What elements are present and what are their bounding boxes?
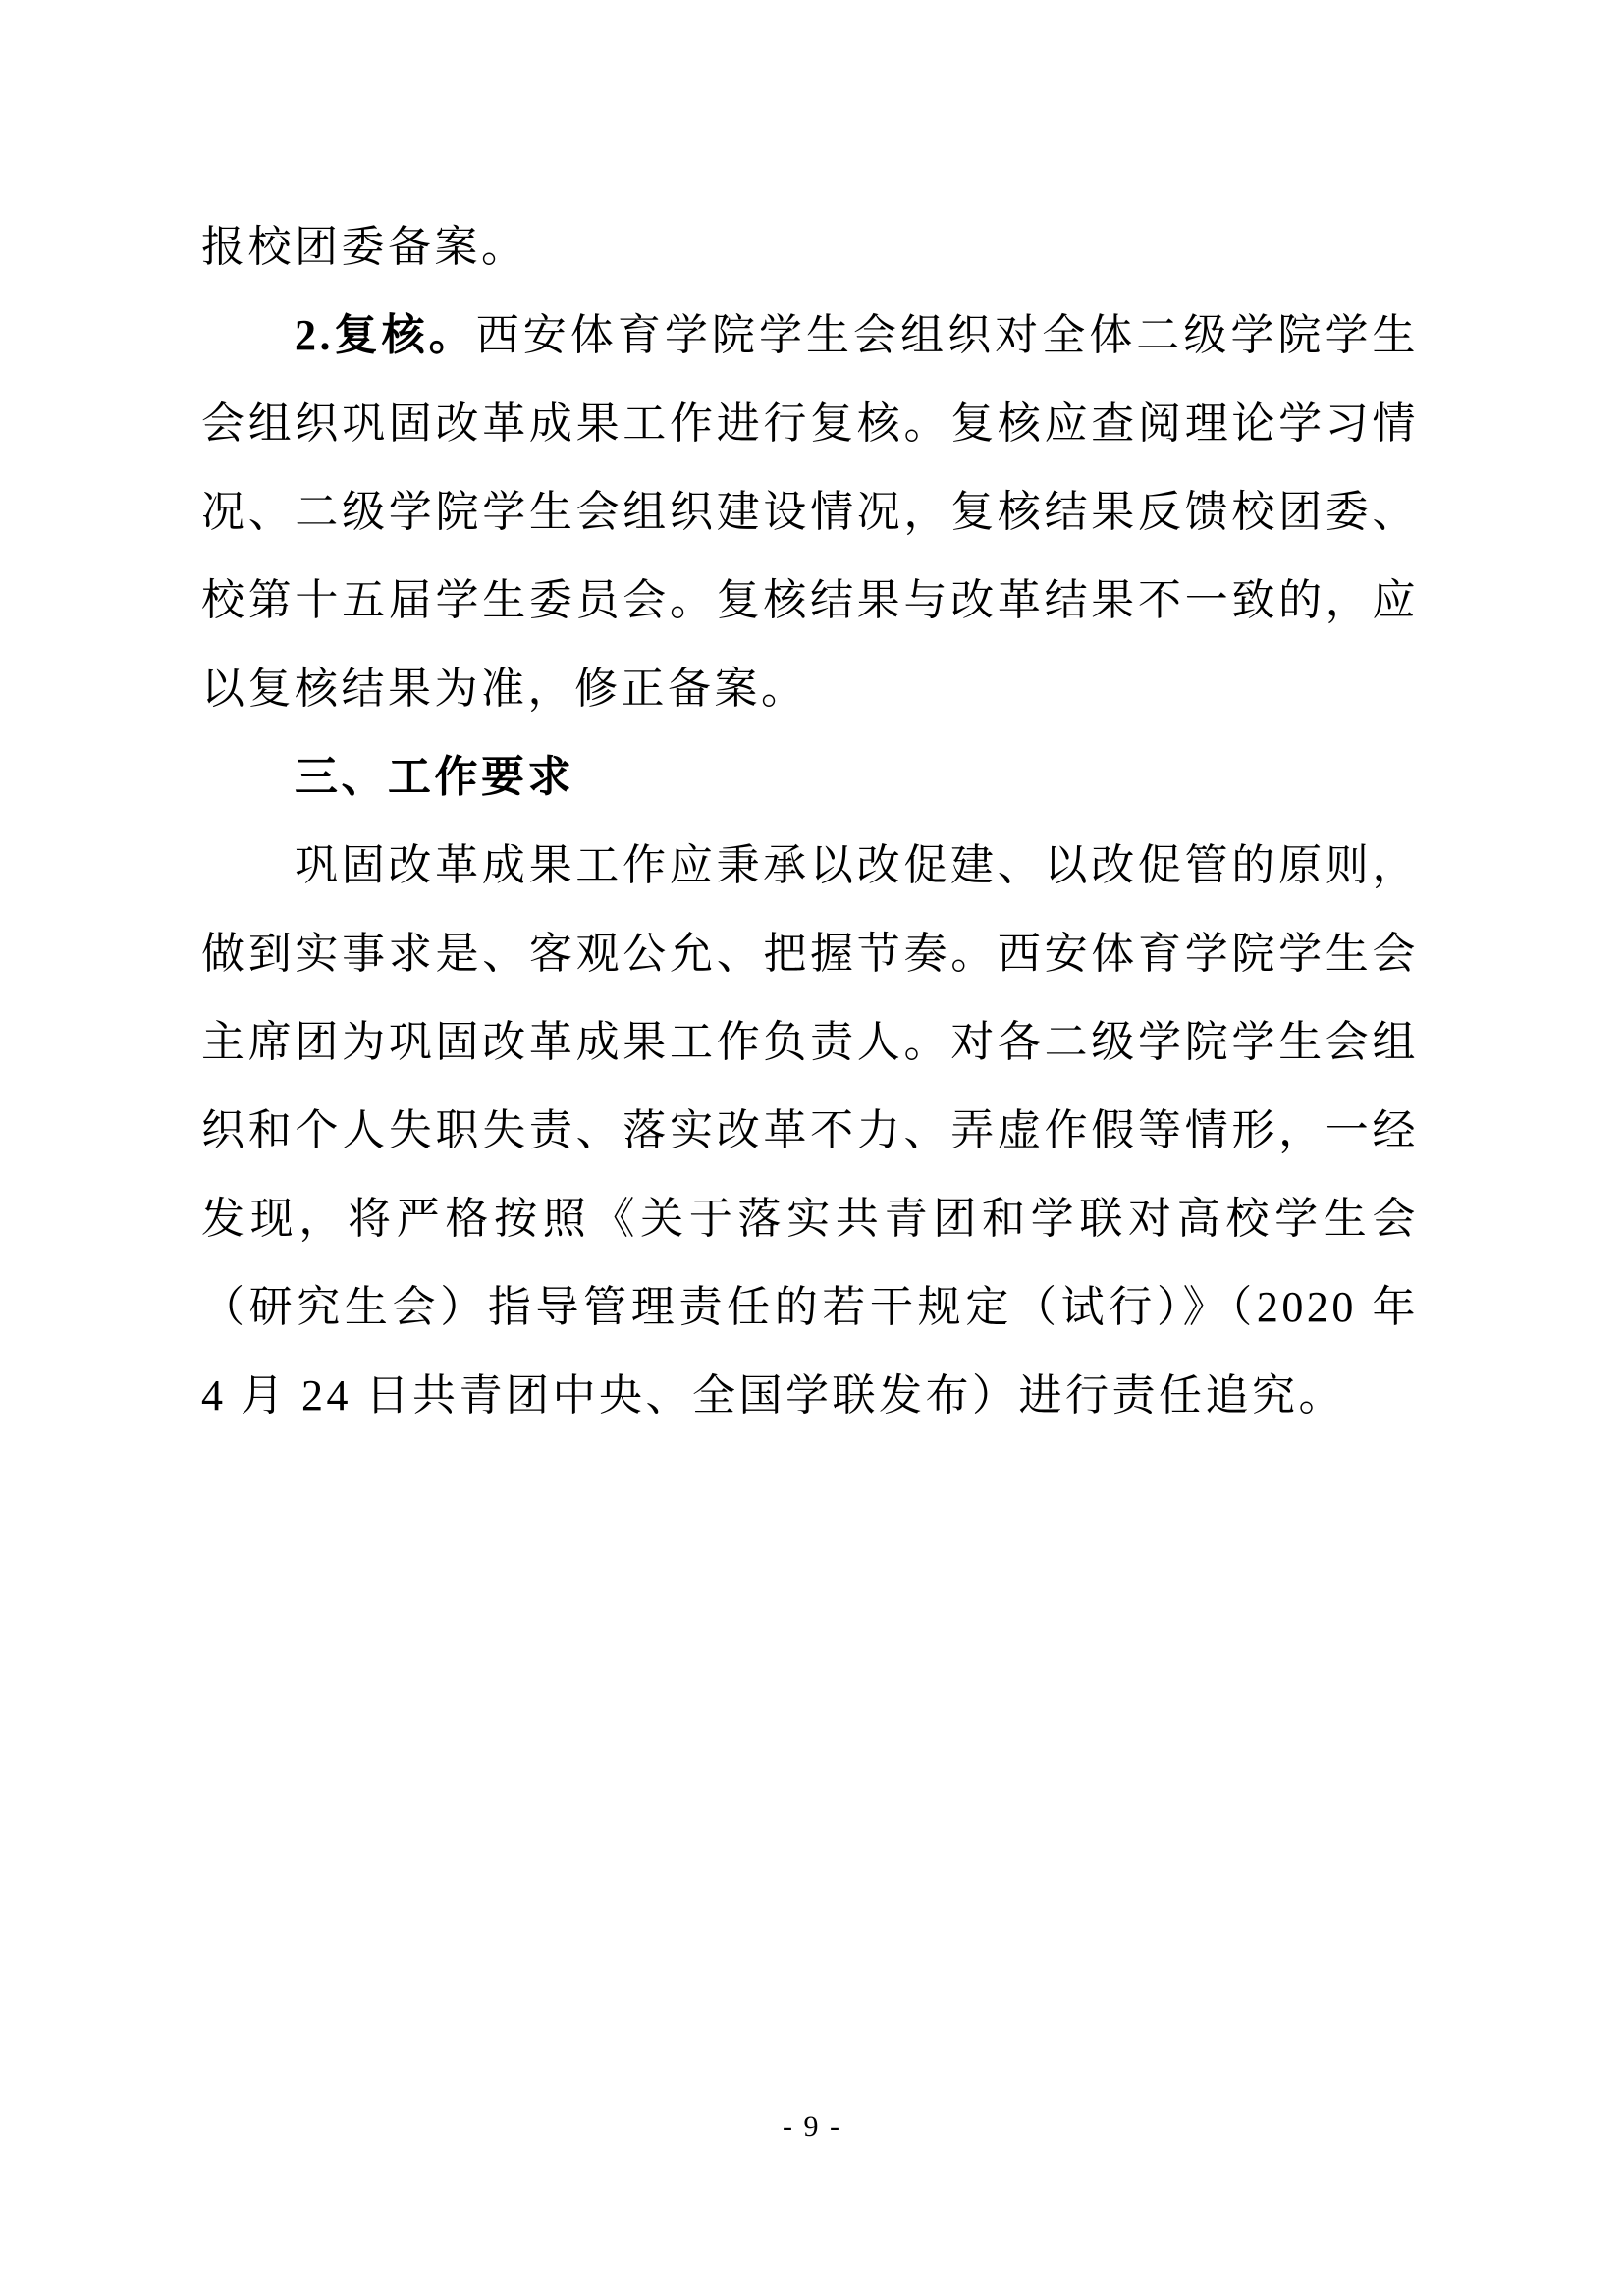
section-heading: 三、工作要求 — [201, 733, 1419, 822]
document-page: 报校团委备案。2.复核。西安体育学院学生会组织对全体二级学院学生会组织巩固改革成… — [0, 0, 1624, 2296]
paragraph-lead-bold: 2.复核。 — [295, 311, 476, 359]
page-number-footer: - 9 - — [0, 2110, 1624, 2144]
body-paragraph: 报校团委备案。 — [201, 203, 1419, 292]
body-paragraph: 巩固改革成果工作应秉承以改促建、以改促管的原则，做到实事求是、客观公允、把握节奏… — [201, 822, 1419, 1440]
document-body: 报校团委备案。2.复核。西安体育学院学生会组织对全体二级学院学生会组织巩固改革成… — [201, 203, 1419, 1440]
body-paragraph: 2.复核。西安体育学院学生会组织对全体二级学院学生会组织巩固改革成果工作进行复核… — [201, 292, 1419, 733]
